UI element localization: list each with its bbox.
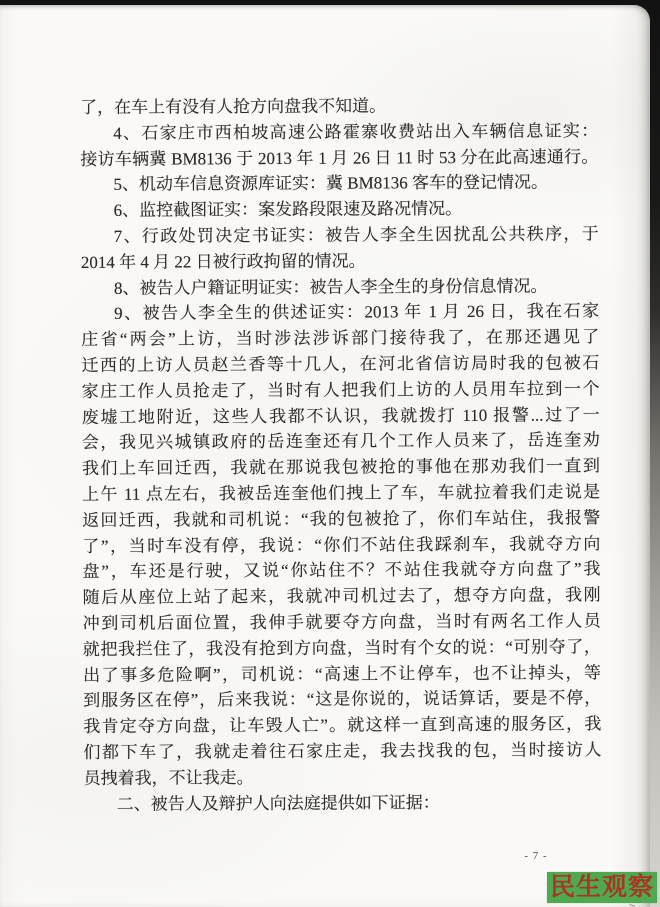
text-line: 就把我拦住了，我没有抢到方向盘，当时有个女的说：“可别夺了， bbox=[83, 634, 601, 663]
text-line: 返回迁西，我就和司机说：“我的包被抢了，你们车站住，我报警 bbox=[82, 505, 600, 534]
text-line: 会，我见兴城镇政府的岳连奎还有几个工作人员来了，岳连奎劝 bbox=[82, 428, 600, 457]
text-line: 8、被告人户籍证明证实：被告人李全生的身份信息情况。 bbox=[81, 273, 599, 302]
text-line: 了”，当时车没有停，我说：“你们不站住我踩刹车，我就夺方向 bbox=[82, 531, 600, 560]
text-line: 接访车辆冀 BM8136 于 2013 年 1 月 26 日 11 时 53 分… bbox=[80, 144, 598, 173]
text-line: 了，在车上有没有人抢方向盘我不知道。 bbox=[80, 92, 598, 121]
text-line: 9、被告人李全生的供述证实：2013 年 1 月 26 日，我在石家 bbox=[81, 299, 599, 328]
text-line: 出了事多危险啊”，司机说：“高速上不让停车，也不让掉头，等 bbox=[83, 660, 601, 689]
scanned-page: 了，在车上有没有人抢方向盘我不知道。4、石家庄市西柏坡高速公路霍寨收费站出入车辆… bbox=[0, 0, 660, 907]
text-line: 我肯定夺方向盘，让车毁人亡”。就这样一直到高速的服务区，我 bbox=[83, 711, 601, 740]
text-line: 我们上车回迁西，我就在那说我包被抢的事他在那劝我们一直到 bbox=[82, 453, 600, 482]
text-line: 盘”，车还是行驶，又说“你站住不？不站住我就夺方向盘了”我 bbox=[82, 557, 600, 586]
text-line: 家庄工作人员抢走了，当时有人把我们上访的人员用车拉到一个 bbox=[81, 376, 599, 405]
text-line: 员拽着我，不让我走。 bbox=[84, 763, 602, 792]
watermark-stamp: 民生观察 bbox=[547, 872, 657, 903]
document-text: 了，在车上有没有人抢方向盘我不知道。4、石家庄市西柏坡高速公路霍寨收费站出入车辆… bbox=[80, 92, 602, 817]
paper-sheet: 了，在车上有没有人抢方向盘我不知道。4、石家庄市西柏坡高速公路霍寨收费站出入车辆… bbox=[0, 5, 650, 907]
text-line: 们都下车了，我就走着往石家庄走，我去找我的包，当时接访人 bbox=[83, 737, 601, 766]
page-number: - 7 - bbox=[510, 850, 562, 862]
text-line: 随后从座位上站了起来，我就冲司机过去了，想夺方向盘，我刚 bbox=[83, 582, 601, 611]
text-line: 6、监控截图证实：案发路段限速及路况情况。 bbox=[81, 195, 599, 224]
text-line: 2014 年 4 月 22 日被行政拘留的情况。 bbox=[81, 247, 599, 276]
text-line: 二、被告人及辩护人向法庭提供如下证据： bbox=[84, 789, 602, 818]
text-line: 5、机动车信息资源库证实：冀 BM8136 客车的登记情况。 bbox=[80, 170, 598, 199]
text-line: 废墟工地附近，这些人我都不认识，我就拨打 110 报警...过了一 bbox=[82, 402, 600, 431]
text-line: 上午 11 点左右，我被岳连奎他们拽上了车，车就拉着我们走说是 bbox=[82, 479, 600, 508]
text-line: 冲到司机后面位置，我伸手就要夺方向盘，当时有两名工作人员 bbox=[83, 608, 601, 637]
text-line: 到服务区在停”，后来我说：“这是你说的，说话算话，要是不停， bbox=[83, 686, 601, 715]
text-line: 庄省“两会”上访，当时涉法涉诉部门接待我了，在那还遇见了 bbox=[81, 324, 599, 353]
text-line: 7、行政处罚决定书证实：被告人李全生因扰乱公共秩序，于 bbox=[81, 221, 599, 250]
text-line: 4、石家庄市西柏坡高速公路霍寨收费站出入车辆信息证实： bbox=[80, 118, 598, 147]
text-line: 迁西的上访人员赵兰香等十几人，在河北省信访局时我的包被石 bbox=[81, 350, 599, 379]
